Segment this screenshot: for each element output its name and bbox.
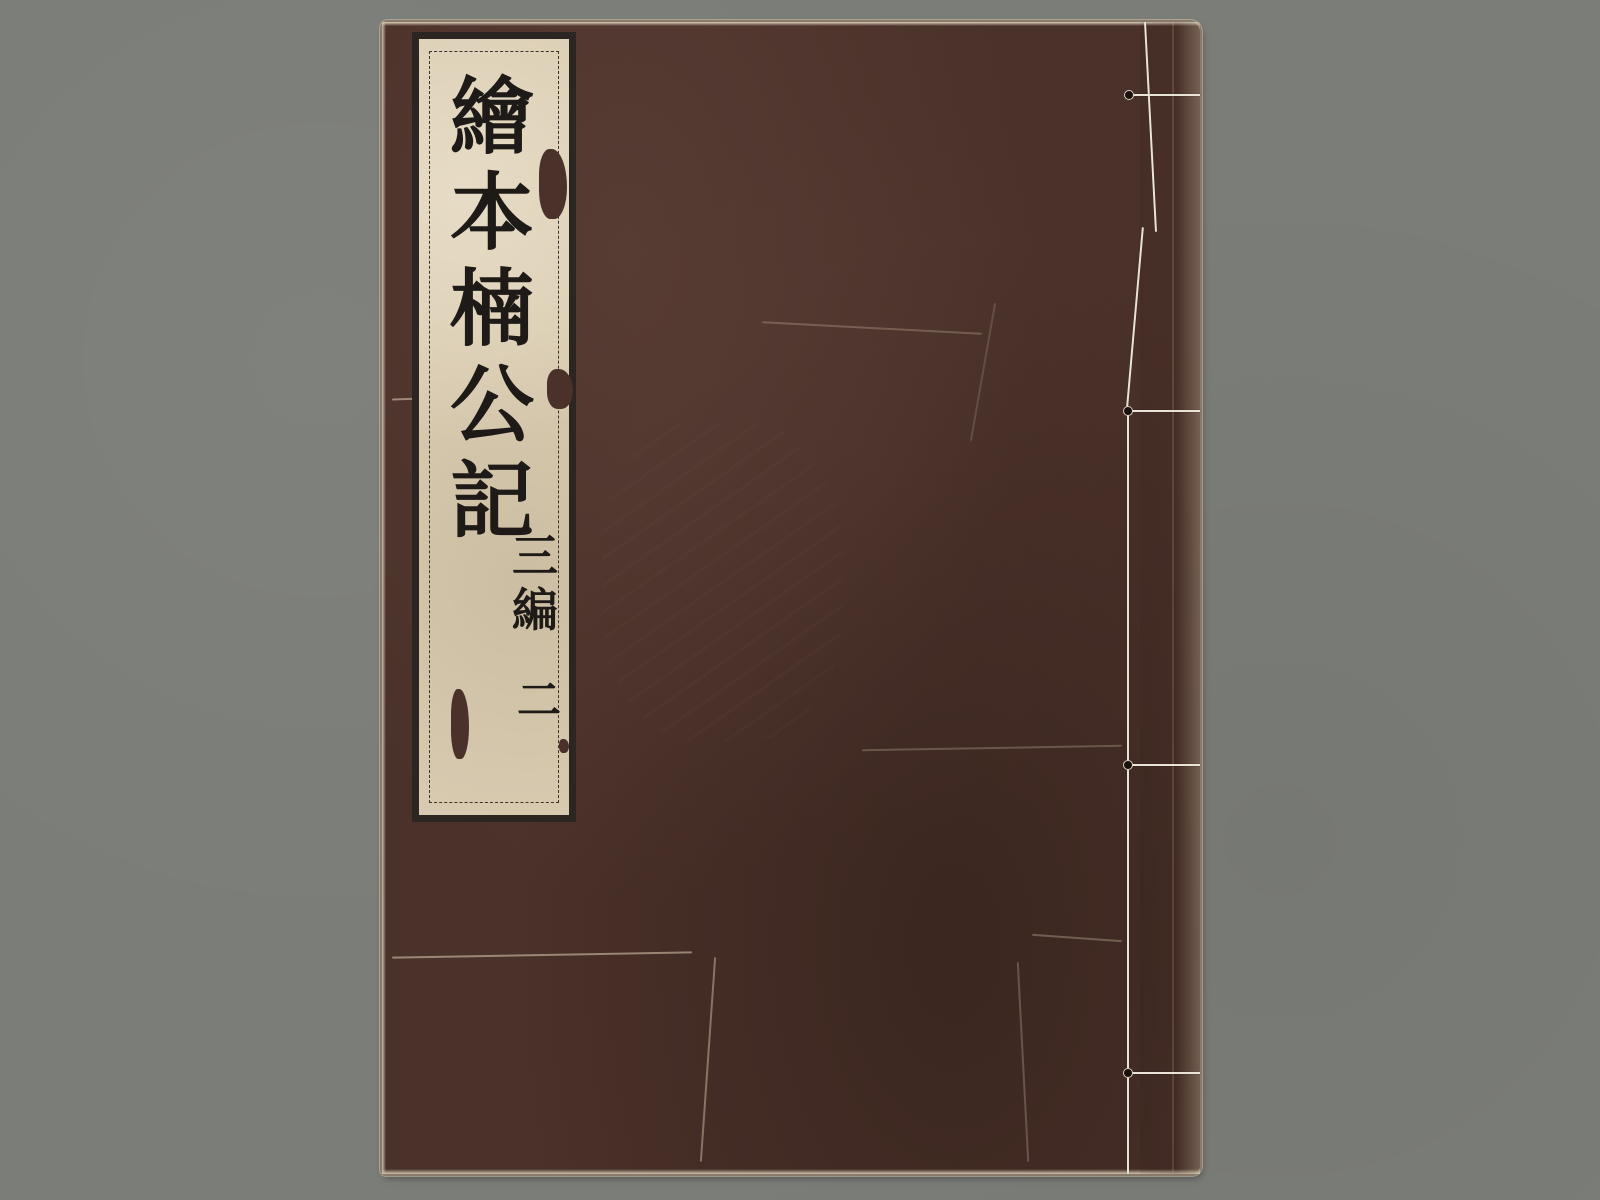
title-char: 繪: [450, 69, 534, 165]
binding-hole: [1124, 90, 1134, 100]
edition-char: 編: [512, 583, 558, 637]
cover-top-edge: [382, 22, 1200, 26]
binding-hole: [1123, 406, 1133, 416]
binding-thread: [1127, 762, 1129, 1174]
cover-crack: [1032, 934, 1122, 942]
label-stain: [559, 739, 569, 753]
label-stain: [547, 369, 573, 409]
cover-crack: [392, 951, 692, 958]
title-char: 公: [450, 357, 534, 453]
binding-thread: [1127, 764, 1200, 766]
title-label: 繪 本 楠 公 記 三 編 二: [412, 32, 576, 822]
cover-crack: [1017, 962, 1029, 1162]
binding-thread: [1127, 1072, 1200, 1074]
binding-thread: [1130, 94, 1200, 96]
binding-hole: [1123, 1068, 1133, 1078]
embossed-plant-pattern: [602, 422, 842, 742]
cover-crack: [970, 303, 996, 441]
title-char: 楠: [450, 261, 534, 357]
title-char: 本: [450, 165, 534, 261]
cover-left-edge: [382, 22, 386, 1174]
edition-text: 三 編: [505, 529, 565, 637]
label-stain: [539, 149, 567, 219]
binding-thread: [1127, 407, 1129, 762]
cover-crack: [762, 321, 982, 335]
binding-thread: [1127, 410, 1200, 412]
edition-char: 三: [512, 529, 558, 583]
binding-hole: [1123, 760, 1133, 770]
cover-crack: [862, 745, 1122, 752]
spine-area: [1140, 22, 1200, 1174]
cover-crack: [700, 957, 716, 1162]
spine-fold: [1172, 22, 1174, 1172]
title-text: 繪 本 楠 公 記: [447, 69, 537, 549]
book-cover: 繪 本 楠 公 記 三 編 二: [382, 22, 1200, 1174]
volume-number: 二: [517, 679, 561, 723]
cover-bottom-edge: [382, 1169, 1200, 1174]
